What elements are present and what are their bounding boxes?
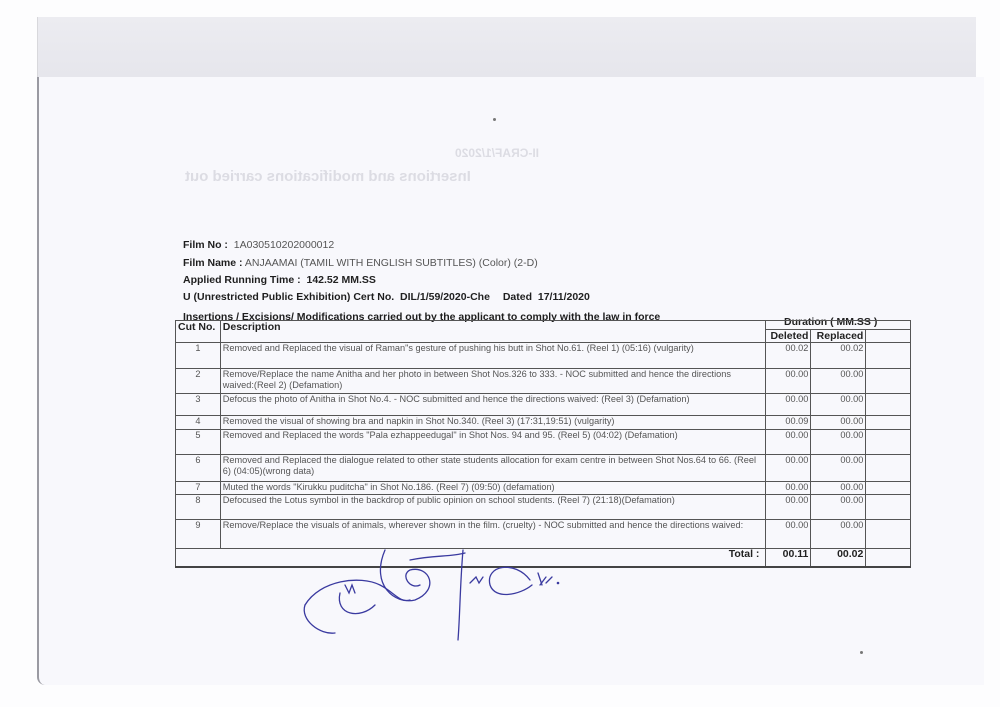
paper-fold-strip — [37, 17, 976, 78]
cut-number-cell: 5 — [176, 430, 221, 455]
description-cell: Removed and Replaced the words "Pala ezh… — [220, 430, 766, 455]
deleted-duration-cell: 00.00 — [766, 455, 811, 482]
deleted-duration-cell: 00.00 — [766, 369, 811, 394]
replaced-duration-cell: 00.00 — [811, 430, 866, 455]
blank-cell — [866, 549, 911, 567]
film-name-label: Film Name : — [183, 257, 243, 269]
deleted-duration-cell: 00.02 — [766, 343, 811, 369]
header-spacer — [766, 321, 911, 330]
blank-cell — [866, 430, 911, 455]
table-row: 8Defocused the Lotus symbol in the backd… — [176, 495, 911, 520]
description-cell: Remove/Replace the name Anitha and her p… — [220, 369, 766, 394]
dated-value: 17/11/2020 — [538, 291, 590, 303]
blank-cell — [866, 369, 911, 394]
total-deleted: 00.11 — [766, 549, 811, 567]
deleted-duration-cell: 00.00 — [766, 430, 811, 455]
table-row: 3Defocus the photo of Anitha in Shot No.… — [176, 394, 911, 416]
film-number-line: Film No : 1A030510202000012 — [183, 239, 334, 251]
cuts-table: Cut No. Description Deleted Replaced 1Re… — [175, 320, 911, 568]
film-number-label: Film No : — [183, 239, 228, 251]
bleed-through-heading: II-CRAF/1/2020 — [455, 146, 539, 160]
description-cell: Defocused the Lotus symbol in the backdr… — [220, 495, 766, 520]
deleted-duration-cell: 00.00 — [766, 520, 811, 549]
header-description: Description — [220, 321, 766, 343]
blank-cell — [866, 343, 911, 369]
description-cell: Removed the visual of showing bra and na… — [220, 416, 766, 430]
signature — [300, 545, 590, 645]
deleted-duration-cell: 00.00 — [766, 482, 811, 495]
replaced-duration-cell: 00.00 — [811, 394, 866, 416]
cut-number-cell: 2 — [176, 369, 221, 394]
film-number-value: 1A030510202000012 — [234, 239, 334, 251]
cut-number-cell: 7 — [176, 482, 221, 495]
bleed-through-subheading: Insertions and modifications carried out — [185, 168, 471, 185]
replaced-duration-cell: 00.00 — [811, 416, 866, 430]
running-time-value: 142.52 MM.SS — [306, 274, 375, 286]
table-row: 7Muted the words "Kirukku puditcha" in S… — [176, 482, 911, 495]
blank-cell — [866, 482, 911, 495]
running-time-line: Applied Running Time : 142.52 MM.SS — [183, 274, 376, 286]
table-row: 2Remove/Replace the name Anitha and her … — [176, 369, 911, 394]
blank-cell — [866, 495, 911, 520]
running-time-label: Applied Running Time : — [183, 274, 301, 286]
certificate-line: U (Unrestricted Public Exhibition) Cert … — [183, 291, 590, 303]
deleted-duration-cell: 00.00 — [766, 495, 811, 520]
header-replaced: Replaced — [811, 330, 866, 343]
description-cell: Removed and Replaced the visual of Raman… — [220, 343, 766, 369]
header-deleted: Deleted — [766, 330, 811, 343]
cut-number-cell: 8 — [176, 495, 221, 520]
description-cell: Muted the words "Kirukku puditcha" in Sh… — [220, 482, 766, 495]
table-row: 5Removed and Replaced the words "Pala ez… — [176, 430, 911, 455]
total-replaced: 00.02 — [811, 549, 866, 567]
blank-cell — [866, 455, 911, 482]
description-cell: Removed and Replaced the dialogue relate… — [220, 455, 766, 482]
film-name-value: ANJAAMAI (TAMIL WITH ENGLISH SUBTITLES) … — [245, 257, 538, 269]
replaced-duration-cell: 00.02 — [811, 343, 866, 369]
replaced-duration-cell: 00.00 — [811, 482, 866, 495]
table-header-row: Cut No. Description — [176, 321, 911, 330]
cut-number-cell: 1 — [176, 343, 221, 369]
cut-number-cell: 9 — [176, 520, 221, 549]
table-row: 1Removed and Replaced the visual of Rama… — [176, 343, 911, 369]
replaced-duration-cell: 00.00 — [811, 455, 866, 482]
cut-number-cell: 3 — [176, 394, 221, 416]
deleted-duration-cell: 00.00 — [766, 394, 811, 416]
dated-label: Dated — [503, 291, 532, 303]
blank-cell — [866, 416, 911, 430]
certificate-number: DIL/1/59/2020-Che — [400, 291, 490, 303]
certificate-label: U (Unrestricted Public Exhibition) Cert … — [183, 291, 394, 303]
paper-speck — [860, 651, 863, 654]
deleted-duration-cell: 00.09 — [766, 416, 811, 430]
replaced-duration-cell: 00.00 — [811, 495, 866, 520]
film-name-line: Film Name : ANJAAMAI (TAMIL WITH ENGLISH… — [183, 257, 538, 269]
header-cut-no: Cut No. — [176, 321, 221, 343]
blank-cell — [866, 394, 911, 416]
replaced-duration-cell: 00.00 — [811, 520, 866, 549]
table-row: 4Removed the visual of showing bra and n… — [176, 416, 911, 430]
header-blank — [866, 330, 911, 343]
replaced-duration-cell: 00.00 — [811, 369, 866, 394]
description-cell: Defocus the photo of Anitha in Shot No.4… — [220, 394, 766, 416]
table-row: 6Removed and Replaced the dialogue relat… — [176, 455, 911, 482]
cut-number-cell: 6 — [176, 455, 221, 482]
blank-cell — [866, 520, 911, 549]
cut-number-cell: 4 — [176, 416, 221, 430]
paper-speck — [493, 118, 496, 121]
